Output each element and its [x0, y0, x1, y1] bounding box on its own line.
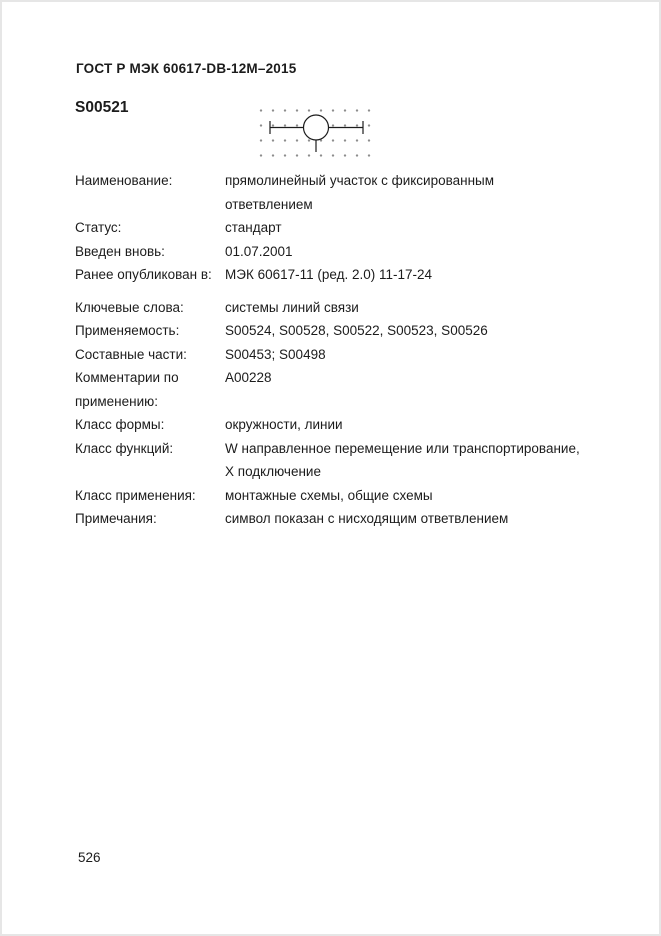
field-value-line: системы линий связи [225, 296, 595, 320]
field-value: системы линий связи [225, 296, 595, 320]
field-value: символ показан с нисходящим ответвлением [225, 507, 595, 531]
field-value: окружности, линии [225, 413, 595, 437]
field-value-line: A00228 [225, 366, 595, 390]
field-value-line: прямолинейный участок с фиксированным [225, 169, 595, 193]
field-label: Класс применения: [75, 484, 225, 508]
field-row: Комментарии поприменению:A00228 [75, 366, 595, 413]
field-row: Класс формы:окружности, линии [75, 413, 595, 437]
field-label: Наименование: [75, 169, 225, 193]
field-row: Составные части:S00453; S00498 [75, 343, 595, 367]
field-value: A00228 [225, 366, 595, 390]
field-label: Ранее опубликован в: [75, 263, 225, 287]
field-value: S00453; S00498 [225, 343, 595, 367]
straight-section-with-branch-icon [251, 97, 379, 169]
field-row: Статус:стандарт [75, 216, 595, 240]
document-page: ГОСТ Р МЭК 60617-DB-12M–2015 S00521 Наим… [0, 0, 661, 936]
field-label-line: Составные части: [75, 343, 225, 367]
field-label: Введен вновь: [75, 240, 225, 264]
field-label: Применяемость: [75, 319, 225, 343]
fields-table: Наименование:прямолинейный участок с фик… [75, 169, 595, 531]
field-row: Наименование:прямолинейный участок с фик… [75, 169, 595, 216]
field-label: Комментарии поприменению: [75, 366, 225, 413]
field-label-line: Ранее опубликован в: [75, 263, 225, 287]
symbol-figure [251, 97, 379, 169]
page-number: 526 [78, 850, 101, 865]
field-label-line: Статус: [75, 216, 225, 240]
field-value-line: W направленное перемещение или транспорт… [225, 437, 595, 461]
field-value: W направленное перемещение или транспорт… [225, 437, 595, 484]
field-label: Класс формы: [75, 413, 225, 437]
field-value: прямолинейный участок с фиксированнымотв… [225, 169, 595, 216]
field-value-line: 01.07.2001 [225, 240, 595, 264]
field-label: Статус: [75, 216, 225, 240]
symbol-id: S00521 [75, 99, 128, 117]
field-row: Ранее опубликован в:МЭК 60617-11 (ред. 2… [75, 263, 595, 287]
field-label: Составные части: [75, 343, 225, 367]
field-label-line: Введен вновь: [75, 240, 225, 264]
field-value-line: ответвлением [225, 193, 595, 217]
field-label-line: Применяемость: [75, 319, 225, 343]
field-value-line: символ показан с нисходящим ответвлением [225, 507, 595, 531]
field-row: Ключевые слова:системы линий связи [75, 296, 595, 320]
field-value-line: МЭК 60617-11 (ред. 2.0) 11-17-24 [225, 263, 595, 287]
standard-title: ГОСТ Р МЭК 60617-DB-12M–2015 [76, 61, 296, 76]
field-label-line: применению: [75, 390, 225, 414]
field-value: монтажные схемы, общие схемы [225, 484, 595, 508]
field-row: Применяемость:S00524, S00528, S00522, S0… [75, 319, 595, 343]
field-value-line: S00524, S00528, S00522, S00523, S00526 [225, 319, 595, 343]
field-row: Класс применения:монтажные схемы, общие … [75, 484, 595, 508]
field-label-line: Комментарии по [75, 366, 225, 390]
field-label: Класс функций: [75, 437, 225, 461]
field-label-line: Ключевые слова: [75, 296, 225, 320]
field-label-line: Класс формы: [75, 413, 225, 437]
field-row: Введен вновь:01.07.2001 [75, 240, 595, 264]
field-value-line: S00453; S00498 [225, 343, 595, 367]
field-row: Класс функций:W направленное перемещение… [75, 437, 595, 484]
field-value: стандарт [225, 216, 595, 240]
field-label-line: Класс функций: [75, 437, 225, 461]
field-value-line: стандарт [225, 216, 595, 240]
field-value-line: окружности, линии [225, 413, 595, 437]
field-label-line: Класс применения: [75, 484, 225, 508]
field-value-line: X подключение [225, 460, 595, 484]
field-value: 01.07.2001 [225, 240, 595, 264]
field-label: Ключевые слова: [75, 296, 225, 320]
field-value-line: монтажные схемы, общие схемы [225, 484, 595, 508]
field-value: МЭК 60617-11 (ред. 2.0) 11-17-24 [225, 263, 595, 287]
field-label: Примечания: [75, 507, 225, 531]
field-label-line: Наименование: [75, 169, 225, 193]
field-row: Примечания:символ показан с нисходящим о… [75, 507, 595, 531]
field-label-line: Примечания: [75, 507, 225, 531]
field-value: S00524, S00528, S00522, S00523, S00526 [225, 319, 595, 343]
